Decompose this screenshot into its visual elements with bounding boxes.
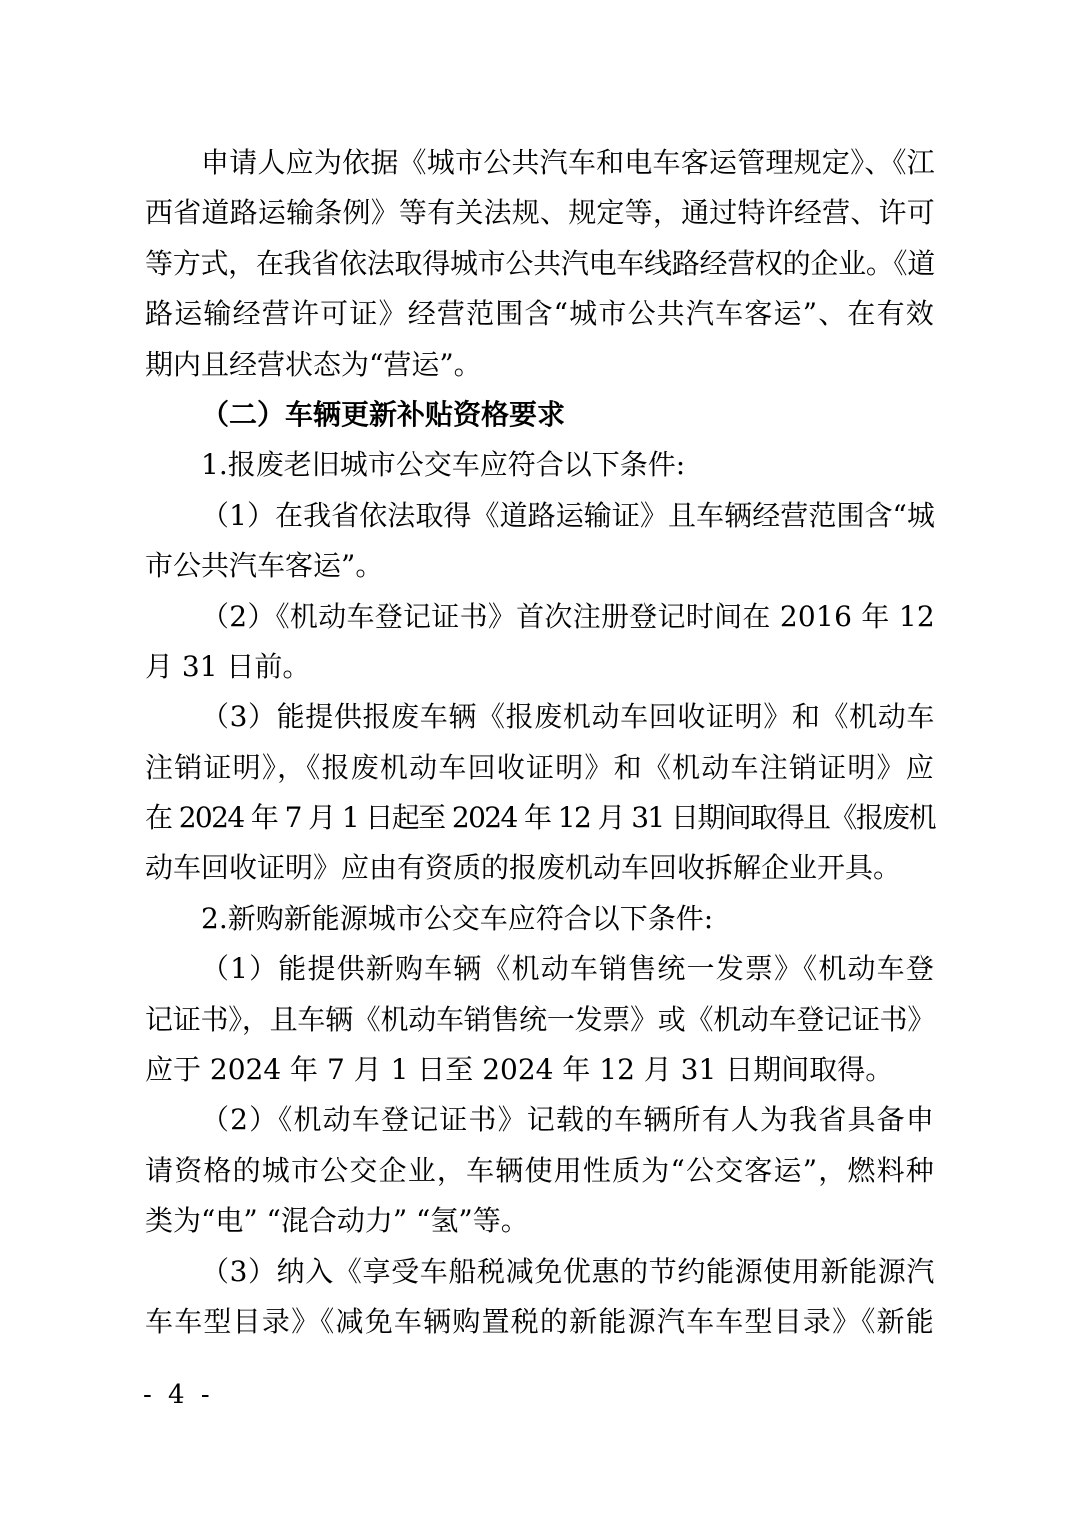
document-page: 申请人应为依据《城市公共汽车和电车客运管理规定》、《江西省道路运输条例》等有关法… <box>0 0 1074 1520</box>
paragraph-line: 车车型目录》《减免车辆购置税的新能源汽车车型目录》《新能 <box>145 1297 935 1347</box>
paragraph-line: 类为“电” “混合动力” “氢”等。 <box>145 1196 935 1246</box>
paragraph-line: 请资格的城市公交企业，车辆使用性质为“公交客运”，燃料种 <box>145 1146 935 1196</box>
text-block: 申请人应为依据《城市公共汽车和电车客运管理规定》、《江西省道路运输条例》等有关法… <box>145 138 935 1347</box>
paragraph-line: 注销证明》，《报废机动车回收证明》和《机动车注销证明》应 <box>145 743 935 793</box>
paragraph-line: 申请人应为依据《城市公共汽车和电车客运管理规定》、《江 <box>145 138 935 188</box>
paragraph-line: 应于 2024 年 7 月 1 日至 2024 年 12 月 31 日期间取得。 <box>145 1045 935 1095</box>
paragraph-line: 记证书》，且车辆《机动车销售统一发票》或《机动车登记证书》 <box>145 995 935 1045</box>
paragraph-line: 路运输经营许可证》经营范围含“城市公共汽车客运”、在有效 <box>145 289 935 339</box>
section-heading: （二）车辆更新补贴资格要求 <box>145 390 935 440</box>
paragraph-line: 等方式，在我省依法取得城市公共汽电车线路经营权的企业。《道 <box>145 239 935 289</box>
paragraph-line: （1）在我省依法取得《道路运输证》且车辆经营范围含“城 <box>145 491 935 541</box>
paragraph-line: （3）能提供报废车辆《报废机动车回收证明》和《机动车 <box>145 692 935 742</box>
paragraph-line: 市公共汽车客运”。 <box>145 541 935 591</box>
paragraph-line: （2）《机动车登记证书》记载的车辆所有人为我省具备申 <box>145 1095 935 1145</box>
paragraph-line: 月 31 日前。 <box>145 642 935 692</box>
paragraph-line: 期内且经营状态为“营运”。 <box>145 340 935 390</box>
paragraph-line: 西省道路运输条例》等有关法规、规定等，通过特许经营、许可 <box>145 188 935 238</box>
page-number: - 4 - <box>143 1370 214 1420</box>
paragraph-line: 在 2024 年 7 月 1 日起至 2024 年 12 月 31 日期间取得且… <box>145 793 935 843</box>
paragraph-line: 2.新购新能源城市公交车应符合以下条件: <box>145 894 935 944</box>
paragraph-line: （3）纳入《享受车船税减免优惠的节约能源使用新能源汽 <box>145 1247 935 1297</box>
paragraph-line: 1.报废老旧城市公交车应符合以下条件: <box>145 440 935 490</box>
paragraph-line: （2）《机动车登记证书》首次注册登记时间在 2016 年 12 <box>145 592 935 642</box>
paragraph-line: （1）能提供新购车辆《机动车销售统一发票》《机动车登 <box>145 944 935 994</box>
paragraph-line: 动车回收证明》应由有资质的报废机动车回收拆解企业开具。 <box>145 843 935 893</box>
